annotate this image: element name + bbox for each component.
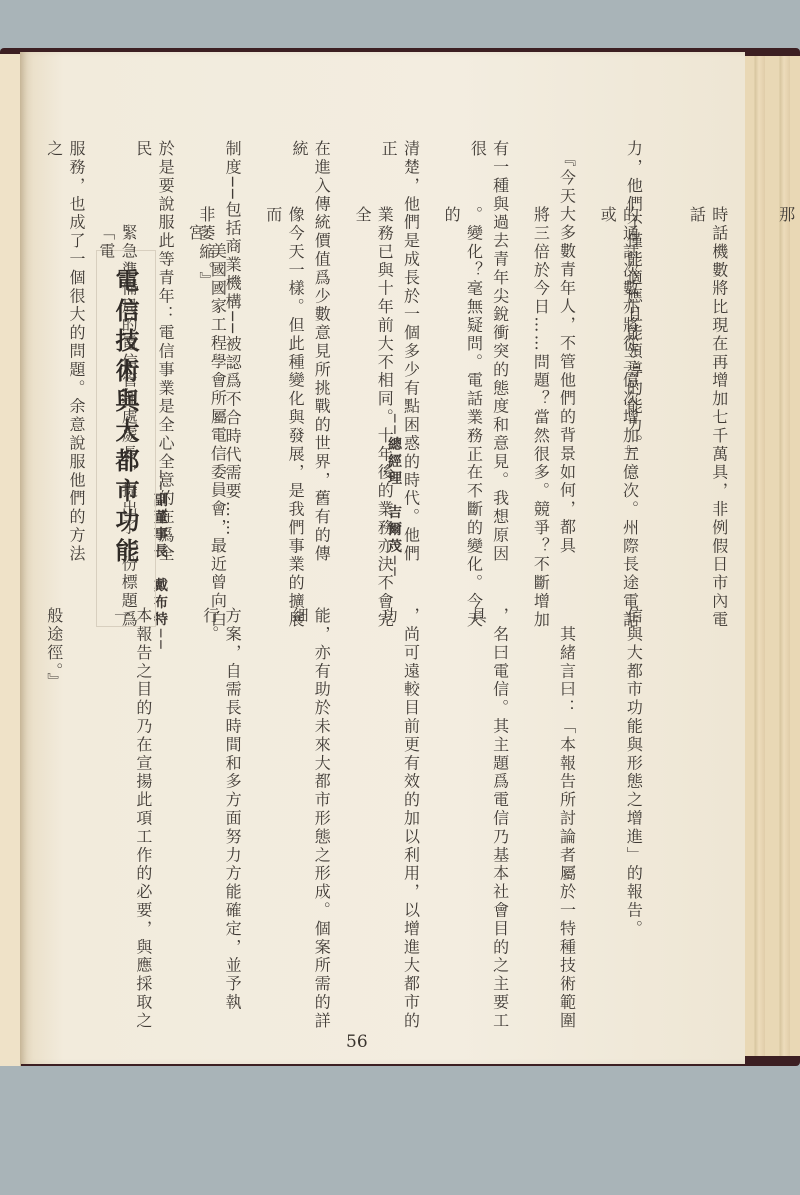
text-column: 信與大都市功能與形態之增進」的報告。	[622, 607, 644, 1047]
text-column: ，名曰電信。其主題爲電信乃基本社會目的之主要工具	[466, 607, 511, 1047]
text-column: 時話機數將比現在再增加七千萬具，非例假日市內電話	[685, 206, 730, 646]
text-column: 。變化？毫無疑問。電話業務正在不斷的變化。今天的	[440, 206, 485, 646]
text-column: 的通話次數亦將從三億次增加五億次。州際長途電話或	[596, 206, 641, 646]
text-column: 其緒言曰：「本報告所討論者屬於一特種技術範圍	[555, 607, 577, 1047]
text-column: 將三倍於今日……問題？當然很多。競爭？不斷增加	[529, 206, 551, 646]
text-column: 方案，自需長時間和多方面努力方能確定，並予執行。	[198, 607, 243, 1047]
text-column: 需的一切州際業務設施，百分之七十五尚待建設。到那	[774, 206, 800, 646]
book-page: 力，他們不僅能適應且能領導的能力。』 『今天大多數青年人，不管他們的背景如何，都…	[20, 52, 745, 1064]
text-column: 般途徑。』	[42, 607, 64, 1047]
text-column: 美國國家工程學會所屬電信委員會，最近曾向白宮	[184, 224, 229, 644]
text-column: 本報告之目的乃在宣揚此項工作的必要，與應採取之一	[109, 607, 154, 1047]
text-column: 能，亦有助於未來大都市形態之形成。個案所需的詳細	[288, 607, 333, 1047]
text-column: 業務已與十年前大不相同。十年後的業務亦決不會完全	[351, 206, 396, 646]
lower-text: 信與大都市功能與形態之增進」的報告。 其緒言曰：「本報告所討論者屬於一特種技術範…	[0, 607, 689, 1047]
upper-left-text: 美國國家工程學會所屬電信委員會，最近曾向白宮 緊急準備局的電信管理處處長，提出了…	[50, 224, 273, 644]
page-number: 56	[346, 1032, 368, 1052]
text-column: 緊急準備局的電信管理處處長，提出了一份標題爲「電	[95, 224, 140, 644]
text-column: ，尚可遠較目前更有效的加以利用，以增進大都市的功	[377, 607, 422, 1047]
